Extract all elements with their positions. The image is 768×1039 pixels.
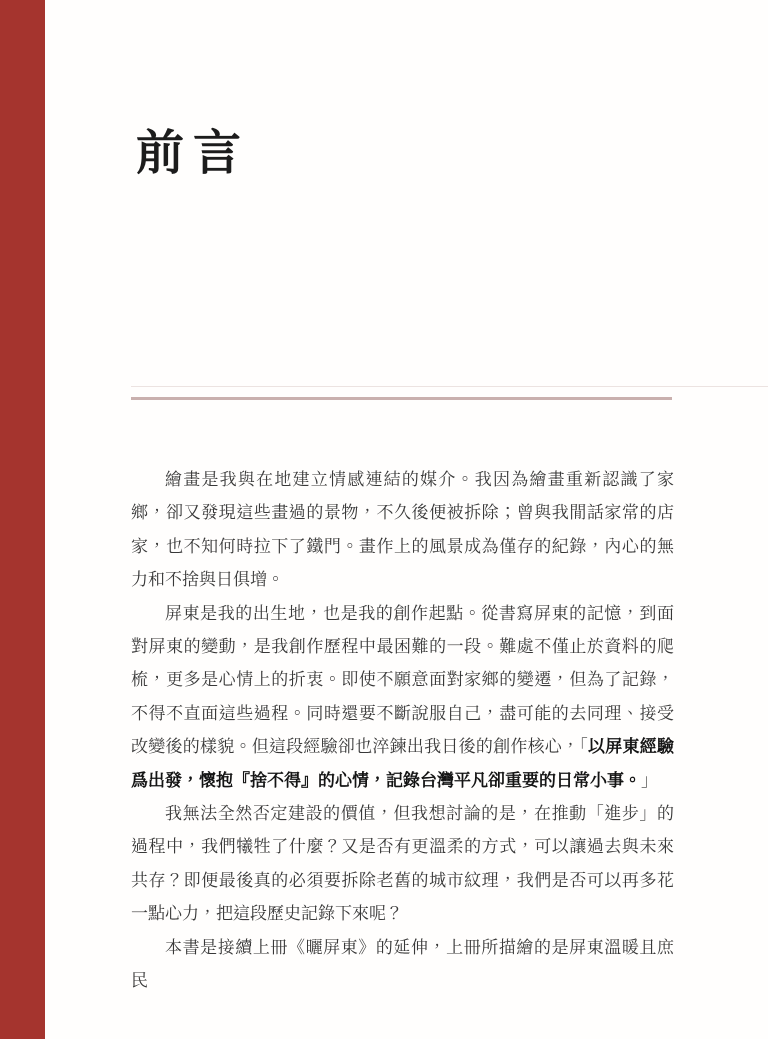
paragraph-text: 」 bbox=[641, 771, 658, 790]
paragraph-text: 本書是接續上冊《曬屏東》的延伸，上冊所描繪的是屏東溫暖且庶民 bbox=[131, 938, 674, 990]
paragraph: 繪畫是我與在地建立情感連結的媒介。我因為繪畫重新認識了家鄉，卻又發現這些畫過的景… bbox=[131, 463, 674, 597]
paragraph-text: 我無法全然否定建設的價值，但我想討論的是，在推動「進步」的過程中，我們犧牲了什麼… bbox=[131, 804, 674, 923]
paragraph: 本書是接續上冊《曬屏東》的延伸，上冊所描繪的是屏東溫暖且庶民 bbox=[131, 931, 674, 998]
spine-accent-bar bbox=[0, 0, 45, 1039]
page-title: 前言 bbox=[136, 124, 250, 184]
paragraph: 我無法全然否定建設的價值，但我想討論的是，在推動「進步」的過程中，我們犧牲了什麼… bbox=[131, 797, 674, 931]
paragraph-text: 屏東是我的出生地，也是我的創作起點。從書寫屏東的記憶，到面對屏東的變動，是我創作… bbox=[131, 604, 674, 757]
preface-body: 繪畫是我與在地建立情感連結的媒介。我因為繪畫重新認識了家鄉，卻又發現這些畫過的景… bbox=[131, 463, 674, 998]
paragraph: 屏東是我的出生地，也是我的創作起點。從書寫屏東的記憶，到面對屏東的變動，是我創作… bbox=[131, 597, 674, 797]
section-divider bbox=[131, 397, 672, 400]
pre-divider-faint-line bbox=[131, 386, 768, 387]
book-page: 前言 繪畫是我與在地建立情感連結的媒介。我因為繪畫重新認識了家鄉，卻又發現這些畫… bbox=[0, 0, 768, 1039]
paragraph-text: 繪畫是我與在地建立情感連結的媒介。我因為繪畫重新認識了家鄉，卻又發現這些畫過的景… bbox=[131, 470, 674, 589]
